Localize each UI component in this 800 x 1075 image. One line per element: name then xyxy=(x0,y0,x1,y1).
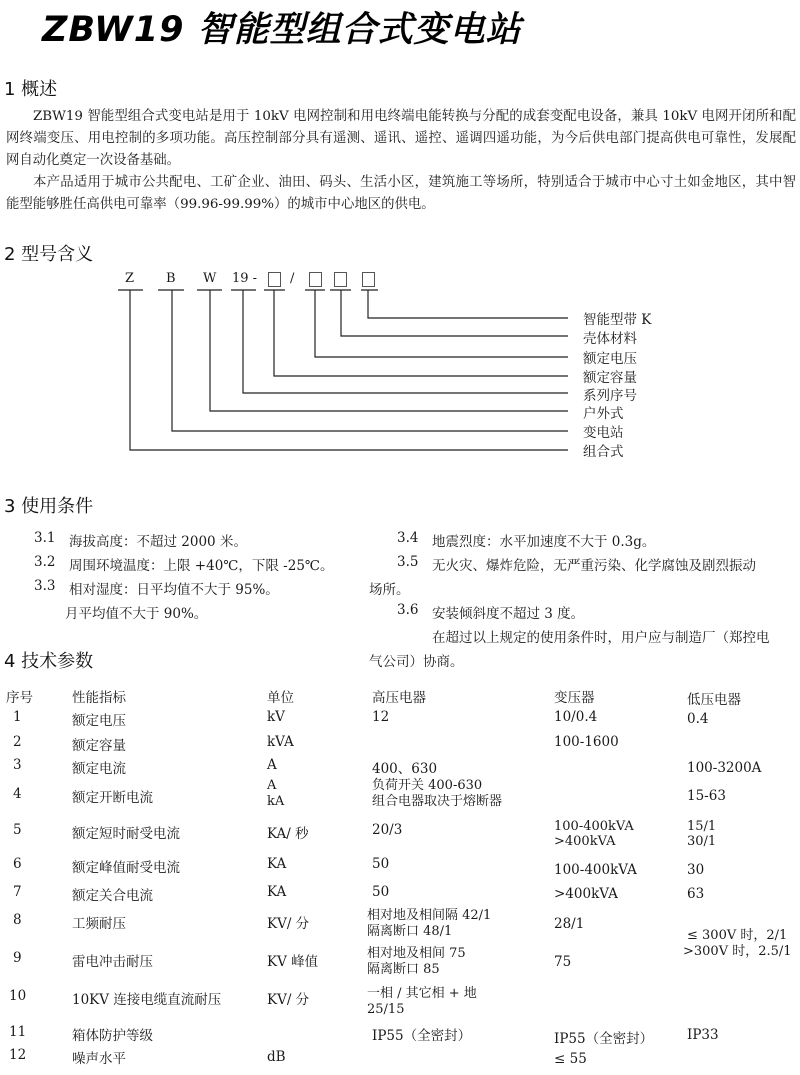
row-2-no: 2 xyxy=(13,734,22,750)
row-1-no: 1 xyxy=(13,709,22,725)
row-4-lv: 15-63 xyxy=(687,788,726,804)
col-header-transformer: 变压器 xyxy=(554,686,595,706)
cond-text: 安装倾斜度不超过 3 度。 xyxy=(432,602,584,622)
row-6-no: 6 xyxy=(13,856,22,872)
cond-num: 3.4 xyxy=(397,530,418,546)
row-11-name: 箱体防护等级 xyxy=(72,1024,153,1044)
diagram-leader-lines xyxy=(0,0,800,470)
label-substation: 变电站 xyxy=(583,421,624,441)
cond-text: 海拔高度：不超过 2000 米。 xyxy=(69,530,247,550)
col-header-hv: 高压电器 xyxy=(372,686,426,706)
cond-num: 3.6 xyxy=(397,602,418,618)
row-10-hv-2: 25/15 xyxy=(367,1002,404,1017)
row-8-unit: KV/ 分 xyxy=(267,912,309,932)
row-4-hv: 负荷开关 400-630 xyxy=(372,778,482,793)
col-header-indicator: 性能指标 xyxy=(72,686,126,706)
row-5-tr-2: >400kVA xyxy=(554,834,615,849)
cond-text: 周围环境温度：上限 +40℃，下限 -25℃。 xyxy=(69,554,334,574)
row-9-name: 雷电冲击耐压 xyxy=(72,950,153,970)
row-9-hv-2: 隔离断口 85 xyxy=(367,962,440,977)
row-11-no: 11 xyxy=(9,1024,26,1040)
row-7-name: 额定关合电流 xyxy=(72,884,153,904)
row-9-hv: 相对地及相间 75 xyxy=(367,946,466,961)
row-7-unit: KA xyxy=(267,884,286,900)
row-9-tr: 75 xyxy=(554,954,571,970)
cond-text: 在超过以上规定的使用条件时，用户应与制造厂（郑控电 xyxy=(432,626,770,646)
row-1-lv: 0.4 xyxy=(687,711,708,727)
col-header-unit: 单位 xyxy=(267,686,294,706)
label-rated-capacity: 额定容量 xyxy=(583,366,637,386)
row-7-tr: >400kVA xyxy=(554,886,618,902)
row-8-hv: 相对地及相间隔 42/1 xyxy=(367,908,491,923)
cond-text: 月平均值不大于 90%。 xyxy=(65,602,207,622)
row-5-hv: 20/3 xyxy=(372,822,402,838)
row-7-lv: 63 xyxy=(687,886,704,902)
row-4-unit-2: kA xyxy=(267,794,284,809)
row-6-lv: 30 xyxy=(687,862,704,878)
col-header-lv: 低压电器 xyxy=(687,688,741,708)
row-1-name: 额定电压 xyxy=(72,709,126,729)
cond-text: 地震烈度：水平加速度不大于 0.3g。 xyxy=(432,530,655,550)
row-3-name: 额定电流 xyxy=(72,757,126,777)
row-6-unit: KA xyxy=(267,856,286,872)
cond-text: 场所。 xyxy=(369,578,410,598)
label-combined: 组合式 xyxy=(583,440,624,460)
row-3-hv: 400、630 xyxy=(372,757,437,777)
cond-text: 相对湿度：日平均值不大于 95%。 xyxy=(69,578,279,598)
label-rated-voltage: 额定电压 xyxy=(583,347,637,367)
section-4-heading: 4 技术参数 xyxy=(4,647,93,673)
row-5-no: 5 xyxy=(13,822,22,838)
row-5-name: 额定短时耐受电流 xyxy=(72,822,180,842)
row-4-unit: A xyxy=(267,778,276,793)
row-2-unit: kVA xyxy=(267,734,294,750)
row-8-name: 工频耐压 xyxy=(72,912,126,932)
row-1-tr: 10/0.4 xyxy=(554,709,597,725)
cond-num: 3.2 xyxy=(34,554,55,570)
cond-text: 气公司）协商。 xyxy=(369,650,464,670)
row-5-lv: 15/1 xyxy=(687,819,716,834)
row-5-tr: 100-400kVA xyxy=(554,819,634,834)
row-12-name: 噪声水平 xyxy=(72,1047,126,1067)
row-1-unit: kV xyxy=(267,709,285,725)
col-header-no: 序号 xyxy=(6,686,33,706)
label-series-number: 系列序号 xyxy=(583,384,637,404)
row-3-lv: 100-3200A xyxy=(687,760,761,776)
cond-num: 3.5 xyxy=(397,554,418,570)
row-3-unit: A xyxy=(267,757,277,773)
row-10-no: 10 xyxy=(9,988,26,1004)
row-1-hv: 12 xyxy=(372,709,389,725)
row-4-name: 额定开断电流 xyxy=(72,786,153,806)
row-11-hv: IP55（全密封） xyxy=(372,1024,471,1044)
row-4-hv-2: 组合电器取决于熔断器 xyxy=(372,794,502,809)
row-10-name: 10KV 连接电缆直流耐压 xyxy=(72,988,221,1008)
row-4-no: 4 xyxy=(13,786,22,802)
row-5-lv-2: 30/1 xyxy=(687,834,716,849)
row-9-lv: ≤ 300V 时，2/1 xyxy=(687,928,787,943)
row-7-no: 7 xyxy=(13,884,22,900)
row-5-unit: KA/ 秒 xyxy=(267,822,309,842)
row-11-lv: IP33 xyxy=(687,1027,719,1043)
cond-num: 3.3 xyxy=(34,578,55,594)
section-3-heading: 3 使用条件 xyxy=(4,492,93,518)
row-12-unit: dB xyxy=(267,1049,286,1065)
label-smart-k: 智能型带 K xyxy=(583,308,651,328)
cond-num: 3.1 xyxy=(34,530,55,546)
row-10-hv: 一相 / 其它相 + 地 xyxy=(367,986,477,1001)
cond-text: 无火灾、爆炸危险，无严重污染、化学腐蚀及剧烈振动 xyxy=(432,554,756,574)
row-8-hv-2: 隔离断口 48/1 xyxy=(367,924,452,939)
row-6-name: 额定峰值耐受电流 xyxy=(72,856,180,876)
label-shell-material: 壳体材料 xyxy=(583,327,637,347)
row-9-unit: KV 峰值 xyxy=(267,950,318,970)
row-8-tr: 28/1 xyxy=(554,916,584,932)
label-outdoor: 户外式 xyxy=(583,402,624,422)
row-2-tr: 100-1600 xyxy=(554,734,619,750)
row-6-tr: 100-400kVA xyxy=(554,862,637,878)
row-10-unit: KV/ 分 xyxy=(267,988,309,1008)
row-3-no: 3 xyxy=(13,757,22,773)
row-7-hv: 50 xyxy=(372,884,389,900)
row-8-no: 8 xyxy=(13,912,22,928)
row-9-lv-2: >300V 时，2.5/1 xyxy=(683,944,792,959)
row-9-no: 9 xyxy=(13,950,22,966)
row-12-tr: ≤ 55 xyxy=(554,1051,587,1067)
row-11-tr: IP55（全密封） xyxy=(554,1027,653,1047)
row-2-name: 额定容量 xyxy=(72,734,126,754)
row-6-hv: 50 xyxy=(372,856,389,872)
row-12-no: 12 xyxy=(9,1047,26,1063)
